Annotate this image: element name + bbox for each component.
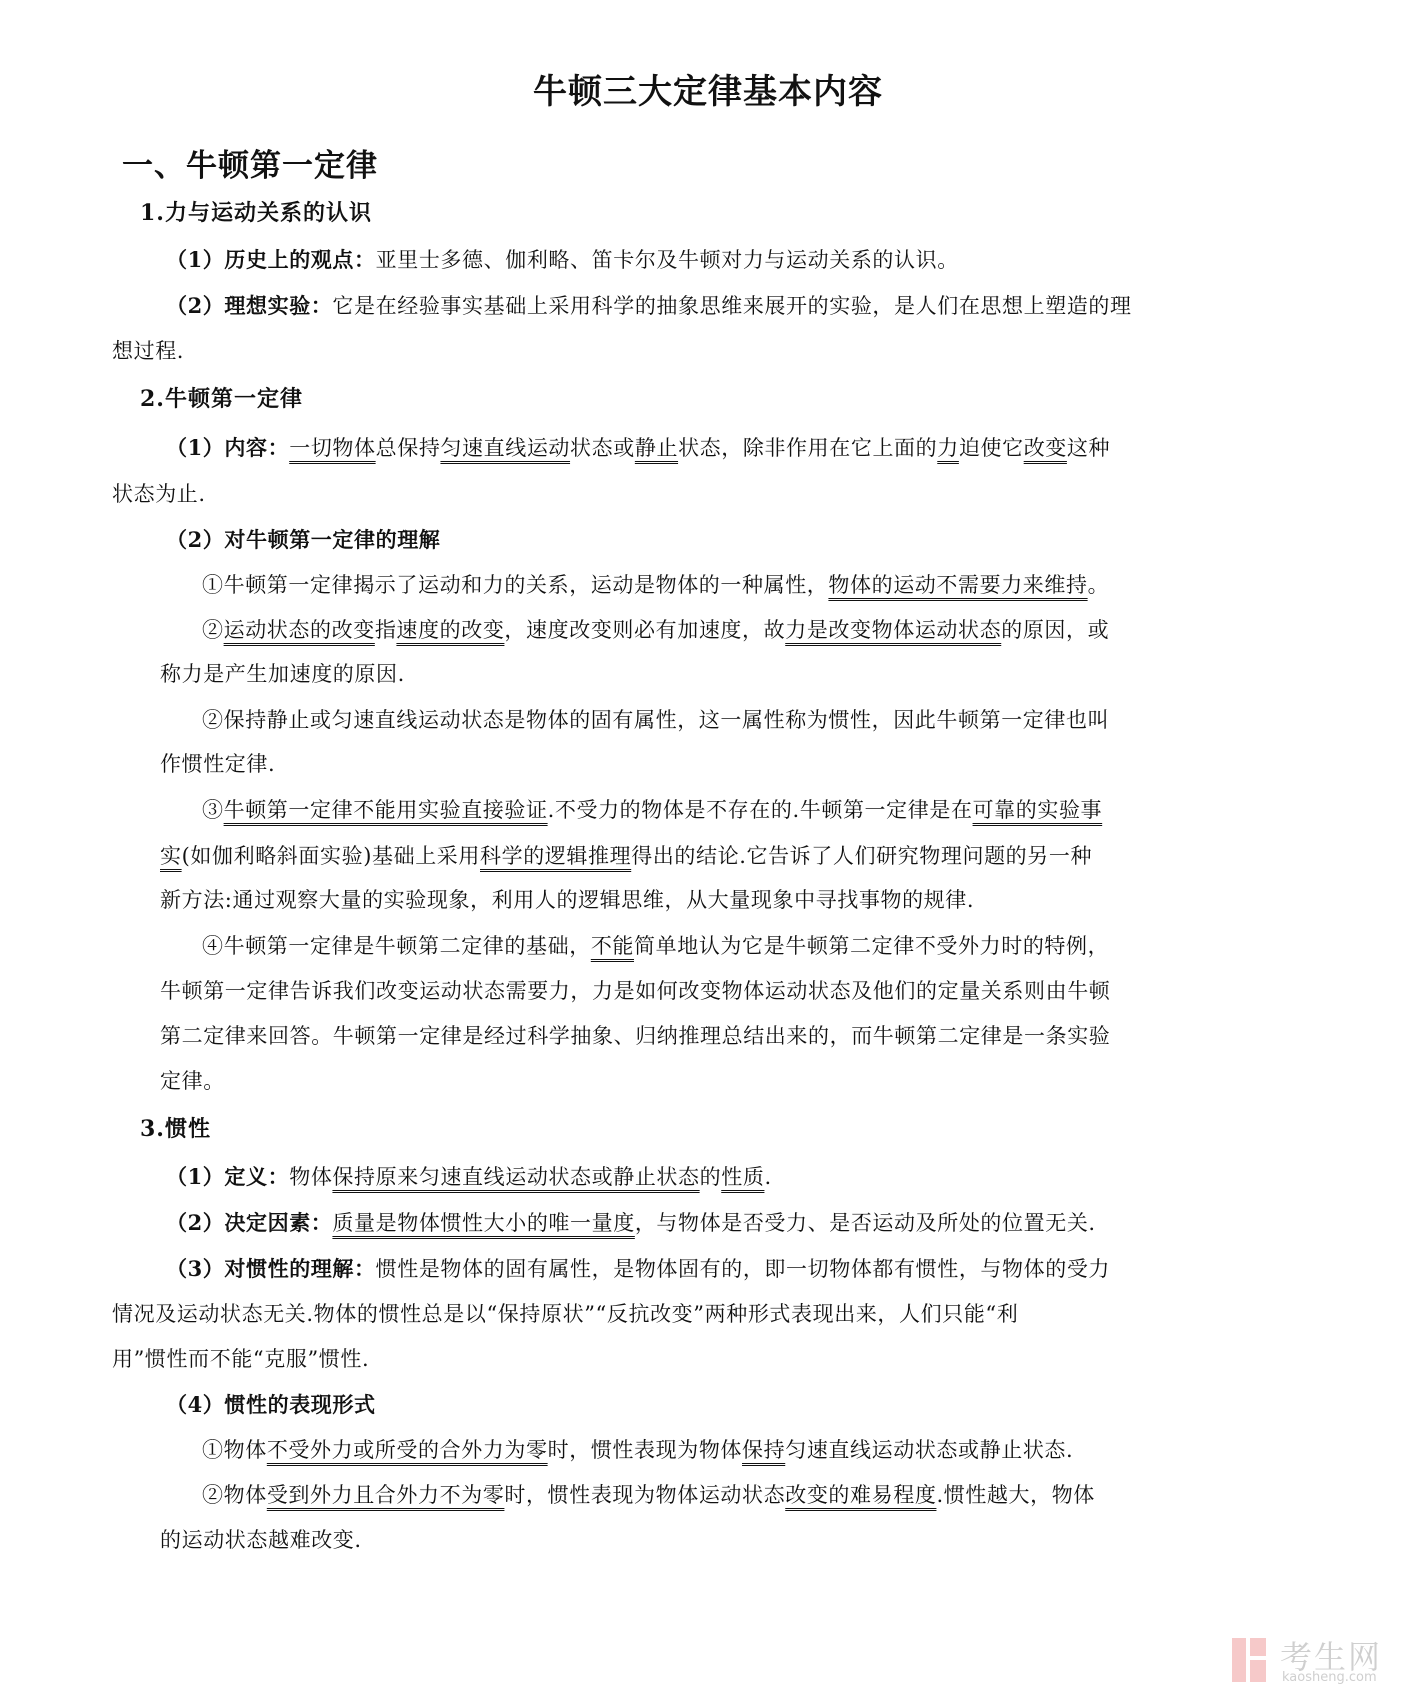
text-segment: 时，惯性表现为物体 (548, 1438, 742, 1462)
paragraph-historical-views: （1）历史上的观点：亚里士多德、伽利略、笛卡尔及牛顿对力与运动关系的认识。 (166, 244, 959, 274)
text-segment: 惯性是物体的固有属性，是物体固有的，即一切物体都有惯性，与物体的受力 (376, 1257, 1110, 1281)
text-segment: ③ (202, 798, 224, 822)
document-page: 牛顿三大定律基本内容 一、牛顿第一定律 1.力与运动关系的认识 （1）历史上的观… (0, 0, 1416, 1702)
inertia-form-1: ①物体不受外力或所受的合外力为零时，惯性表现为物体保持匀速直线运动状态或静止状态… (202, 1434, 1073, 1464)
underlined-text: 受到外力且合外力不为零 (267, 1483, 505, 1507)
underlined-text: 质量是物体惯性大小的唯一量度 (332, 1211, 634, 1235)
document-title: 牛顿三大定律基本内容 (0, 64, 1416, 113)
paragraph-first-law-content: （1）内容：一切物体总保持匀速直线运动状态或静止状态，除非作用在它上面的力迫使它… (166, 432, 1110, 462)
underlined-text: 改变的难易程度 (785, 1483, 936, 1507)
section-heading-newton-first-law: 一、牛顿第一定律 (122, 140, 378, 185)
understanding-item-3-line3: 新方法:通过观察大量的实验现象，利用人的逻辑思维，从大量现象中寻找事物的规律. (160, 884, 974, 914)
text-segment: 总保持 (376, 436, 441, 460)
understanding-item-4: ④牛顿第一定律是牛顿第二定律的基础，不能简单地认为它是牛顿第二定律不受外力时的特… (202, 930, 1109, 960)
underlined-text: 保持 (742, 1438, 785, 1462)
text-segment: .惯性越大，物体 (936, 1483, 1094, 1507)
understanding-item-3: ③牛顿第一定律不能用实验直接验证.不受力的物体是不存在的.牛顿第一定律是在可靠的… (202, 794, 1102, 824)
understanding-item-4-line3: 第二定律来回答。牛顿第一定律是经过科学抽象、归纳推理总结出来的，而牛顿第二定律是… (160, 1020, 1110, 1050)
underlined-text: 力 (937, 436, 959, 460)
understanding-item-1: ①牛顿第一定律揭示了运动和力的关系，运动是物体的一种属性，物体的运动不需要力来维… (202, 569, 1109, 599)
underlined-text: 改变 (1024, 436, 1067, 460)
underlined-text: 匀速直线运动 (440, 436, 570, 460)
paragraph-inertia-factor: （2）决定因素：质量是物体惯性大小的唯一量度，与物体是否受力、是否运动及所处的位… (166, 1207, 1096, 1237)
underlined-text: 物体的运动不需要力来维持 (828, 573, 1087, 597)
understanding-item-4-line2: 牛顿第一定律告诉我们改变运动状态需要力，力是如何改变物体运动状态及他们的定量关系… (160, 975, 1110, 1005)
underlined-text: 保持原来匀速直线运动状态或静止状态 (332, 1165, 699, 1189)
text-segment: ①物体 (202, 1438, 267, 1462)
text-segment: 简单地认为它是牛顿第二定律不受外力时的特例， (634, 934, 1109, 958)
label-definition: （1）定义： (166, 1164, 289, 1189)
paragraph-first-law-content-cont: 状态为止. (112, 478, 206, 508)
heading-inertia-forms: （4）惯性的表现形式 (166, 1389, 376, 1419)
text-segment: ，速度改变则必有加速度，故 (504, 618, 785, 642)
text-ideal-experiment: 它是在经验事实基础上采用科学的抽象思维来展开的实验，是人们在思想上塑造的理 (332, 294, 1131, 318)
text-historical-views: 亚里士多德、伽利略、笛卡尔及牛顿对力与运动关系的认识。 (376, 248, 959, 272)
subsection-heading-inertia: 3.惯性 (140, 1112, 211, 1143)
watermark-text-en: kaosheng.com (1282, 1670, 1377, 1685)
paragraph-inertia-understanding-line3: 用”惯性而不能“克服”惯性. (112, 1343, 369, 1373)
subsection-heading-first-law: 2.牛顿第一定律 (140, 382, 303, 413)
label-understanding: （3）对惯性的理解： (166, 1256, 376, 1281)
text-segment: 迫使它 (959, 436, 1024, 460)
underlined-text: 静止 (635, 436, 678, 460)
text-segment: 状态或 (570, 436, 635, 460)
paragraph-inertia-definition: （1）定义：物体保持原来匀速直线运动状态或静止状态的性质. (166, 1161, 772, 1191)
underlined-text: 不能 (591, 934, 634, 958)
underlined-text: 可靠的实验事 (973, 798, 1103, 822)
understanding-item-2-cont: 称力是产生加速度的原因. (160, 658, 405, 688)
label-ideal-experiment: （2）理想实验： (166, 293, 332, 318)
label-historical-views: （1）历史上的观点： (166, 247, 376, 272)
text-segment: . (764, 1165, 771, 1189)
underlined-text: 实 (160, 844, 182, 868)
underlined-text: 科学的逻辑推理 (480, 844, 631, 868)
text-segment: 匀速直线运动状态或静止状态. (785, 1438, 1073, 1462)
underlined-text: 牛顿第一定律不能用实验直接验证 (224, 798, 548, 822)
inertia-form-2-cont: 的运动状态越难改变. (160, 1524, 362, 1554)
understanding-item-2: ②运动状态的改变指速度的改变，速度改变则必有加速度，故力是改变物体运动状态的原因… (202, 614, 1109, 644)
watermark-logo-icon (1232, 1638, 1272, 1682)
label-content: （1）内容： (166, 435, 289, 460)
understanding-item-3-line2: 实(如伽利略斜面实验)基础上采用科学的逻辑推理得出的结论.它告诉了人们研究物理问… (160, 840, 1092, 870)
paragraph-inertia-understanding-line2: 情况及运动状态无关.物体的惯性总是以“保持原状”“反抗改变”两种形式表现出来，人… (112, 1298, 1018, 1328)
text-segment: ④牛顿第一定律是牛顿第二定律的基础， (202, 934, 591, 958)
text-segment: 状态，除非作用在它上面的 (678, 436, 937, 460)
inertia-form-2: ②物体受到外力且合外力不为零时，惯性表现为物体运动状态改变的难易程度.惯性越大，… (202, 1479, 1095, 1509)
text-segment: 这种 (1067, 436, 1110, 460)
text-segment: ①牛顿第一定律揭示了运动和力的关系，运动是物体的一种属性， (202, 573, 828, 597)
paragraph-ideal-experiment-cont: 想过程. (112, 335, 184, 365)
text-segment: (如伽利略斜面实验)基础上采用 (182, 844, 480, 868)
text-segment: 的原因，或 (1001, 618, 1109, 642)
watermark: 考生网 kaosheng.com (1232, 1632, 1412, 1692)
paragraph-ideal-experiment: （2）理想实验：它是在经验事实基础上采用科学的抽象思维来展开的实验，是人们在思想… (166, 290, 1132, 320)
text-segment: 的 (700, 1165, 722, 1189)
text-segment: 物体 (289, 1165, 332, 1189)
subsection-heading-force-motion: 1.力与运动关系的认识 (140, 196, 372, 227)
underlined-text: 力是改变物体运动状态 (785, 618, 1001, 642)
understanding-item-2b-cont: 作惯性定律. (160, 748, 275, 778)
underlined-text: 不受外力或所受的合外力为零 (267, 1438, 548, 1462)
underlined-text: 速度的改变 (396, 618, 504, 642)
text-segment: .不受力的物体是不存在的.牛顿第一定律是在 (548, 798, 973, 822)
paragraph-inertia-understanding: （3）对惯性的理解：惯性是物体的固有属性，是物体固有的，即一切物体都有惯性，与物… (166, 1253, 1110, 1283)
underlined-text: 运动状态的改变 (224, 618, 375, 642)
label-factor: （2）决定因素： (166, 1210, 332, 1235)
heading-understanding-first-law: （2）对牛顿第一定律的理解 (166, 524, 440, 554)
understanding-item-4-line4: 定律。 (160, 1065, 225, 1095)
text-segment: ，与物体是否受力、是否运动及所处的位置无关. (635, 1211, 1096, 1235)
underlined-text: 一切物体 (289, 436, 375, 460)
text-segment: ②物体 (202, 1483, 267, 1507)
text-segment: ② (202, 618, 224, 642)
underlined-text: 性质 (721, 1165, 764, 1189)
understanding-item-2b: ②保持静止或匀速直线运动状态是物体的固有属性，这一属性称为惯性，因此牛顿第一定律… (202, 704, 1109, 734)
text-segment: 。 (1088, 573, 1110, 597)
text-segment: 指 (375, 618, 397, 642)
text-segment: 得出的结论.它告诉了人们研究物理问题的另一种 (631, 844, 1092, 868)
text-segment: 时，惯性表现为物体运动状态 (504, 1483, 785, 1507)
